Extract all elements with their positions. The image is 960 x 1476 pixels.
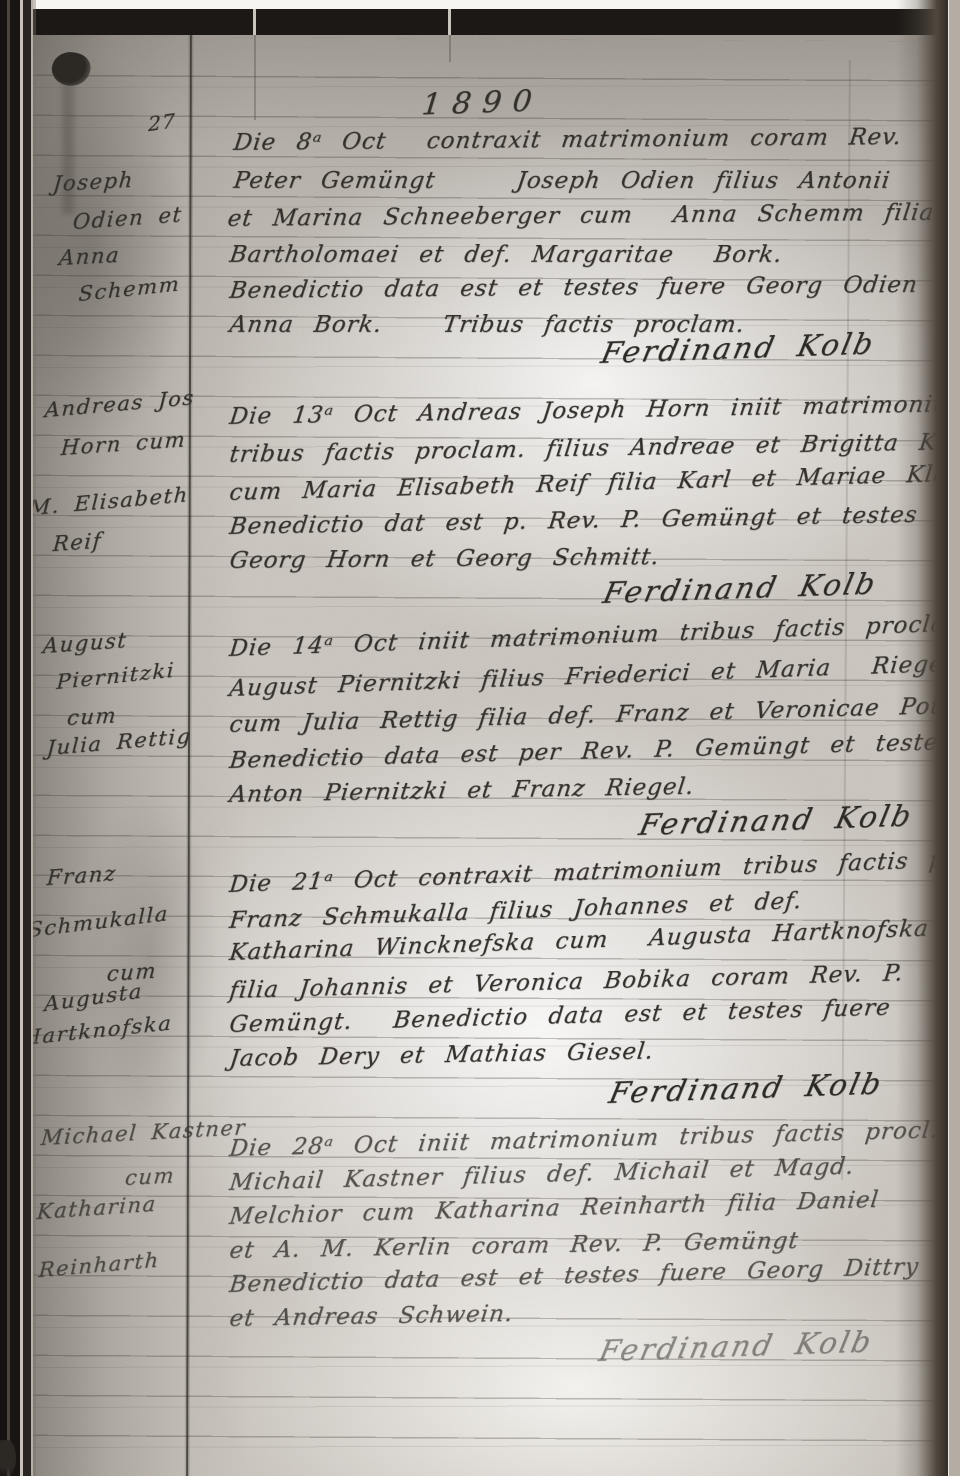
register-page-scan: 1890 27 Joseph Odien et Anna Schemm Die …: [0, 0, 960, 1476]
margin-name: Andreas Jos: [44, 385, 195, 422]
margin-name: Franz: [46, 861, 117, 890]
record-line: Anton Piernitzki et Franz Riegel.: [228, 774, 696, 808]
priest-signature: Ferdinand Kolb: [596, 1325, 876, 1368]
margin-name: Reinharth: [38, 1248, 160, 1282]
margin-name: Katharina: [36, 1192, 158, 1224]
record-line: Benedictio data est et testes fuere Geor…: [228, 272, 960, 304]
margin-name: Schemm: [78, 272, 181, 306]
margin-name: cum: [124, 1163, 176, 1190]
page-number: 27: [148, 108, 176, 136]
margin-name: Schmukalla: [28, 901, 169, 942]
priest-signature: Ferdinand Kolb: [606, 1067, 886, 1110]
record-line: Die 8ᵃ Oct contraxit matrimonium coram R…: [232, 124, 903, 156]
band-notch: [448, 9, 451, 35]
record-line: Die 21ᵃ Oct contraxit matrimonium tribus…: [228, 845, 960, 898]
year-heading: 1890: [420, 84, 545, 123]
band-notch: [253, 9, 256, 35]
record-line: Melchior cum Katharina Reinharth filia D…: [228, 1187, 880, 1230]
margin-name: M. Elisabeth: [28, 482, 189, 520]
margin-name: cum: [66, 703, 118, 730]
vertical-artifact-line: [254, 34, 256, 120]
margin-name: Reif: [52, 529, 103, 556]
scan-top-white-strip: [0, 0, 960, 10]
ink-blot-top: [48, 48, 94, 91]
vertical-artifact-line: [449, 34, 451, 62]
record-line: Benedictio dat est p. Rev. P. Gemüngt et…: [228, 501, 960, 540]
priest-signature: Ferdinand Kolb: [636, 799, 916, 842]
margin-name: Horn cum: [60, 427, 187, 460]
priest-signature: Ferdinand Kolb: [600, 567, 880, 610]
scan-top-dark-band: [28, 9, 952, 35]
margin-name: Michael Kastner: [40, 1115, 247, 1150]
margin-name: Odien et: [72, 202, 183, 234]
margin-name: Piernitzki: [56, 658, 175, 694]
record-line: Jacob Dery et Mathias Giesel.: [228, 1039, 655, 1072]
record-line: August Piernitzki filius Friederici et M…: [228, 651, 953, 702]
record-line: Bartholomaei et def. Margaritae Bork.: [228, 242, 784, 268]
record-line: cum Maria Elisabeth Reif filia Karl et M…: [228, 460, 960, 506]
margin-name: Augusta: [44, 979, 143, 1016]
margin-rule-line: [186, 32, 192, 1476]
record-line: Peter Gemüngt Joseph Odien filius Antoni…: [232, 168, 892, 194]
margin-name: Anna: [58, 243, 121, 270]
record-line: Georg Horn et Georg Schmitt.: [228, 544, 661, 574]
margin-name: Joseph: [52, 168, 135, 196]
record-line: Die 13ᵃ Oct Andreas Joseph Horn iniit ma…: [228, 391, 960, 430]
record-line: et Marina Schneeberger cum Anna Schemm f…: [226, 200, 936, 232]
record-line: tribus factis proclam. filius Andreae et…: [228, 429, 960, 468]
binding-edge: [0, 0, 36, 1476]
margin-name: Hartknofska: [22, 1011, 173, 1050]
ink-blot-bottom: [0, 1440, 16, 1476]
margin-name: August: [42, 628, 128, 658]
record-line: et Andreas Schwein.: [228, 1301, 515, 1332]
